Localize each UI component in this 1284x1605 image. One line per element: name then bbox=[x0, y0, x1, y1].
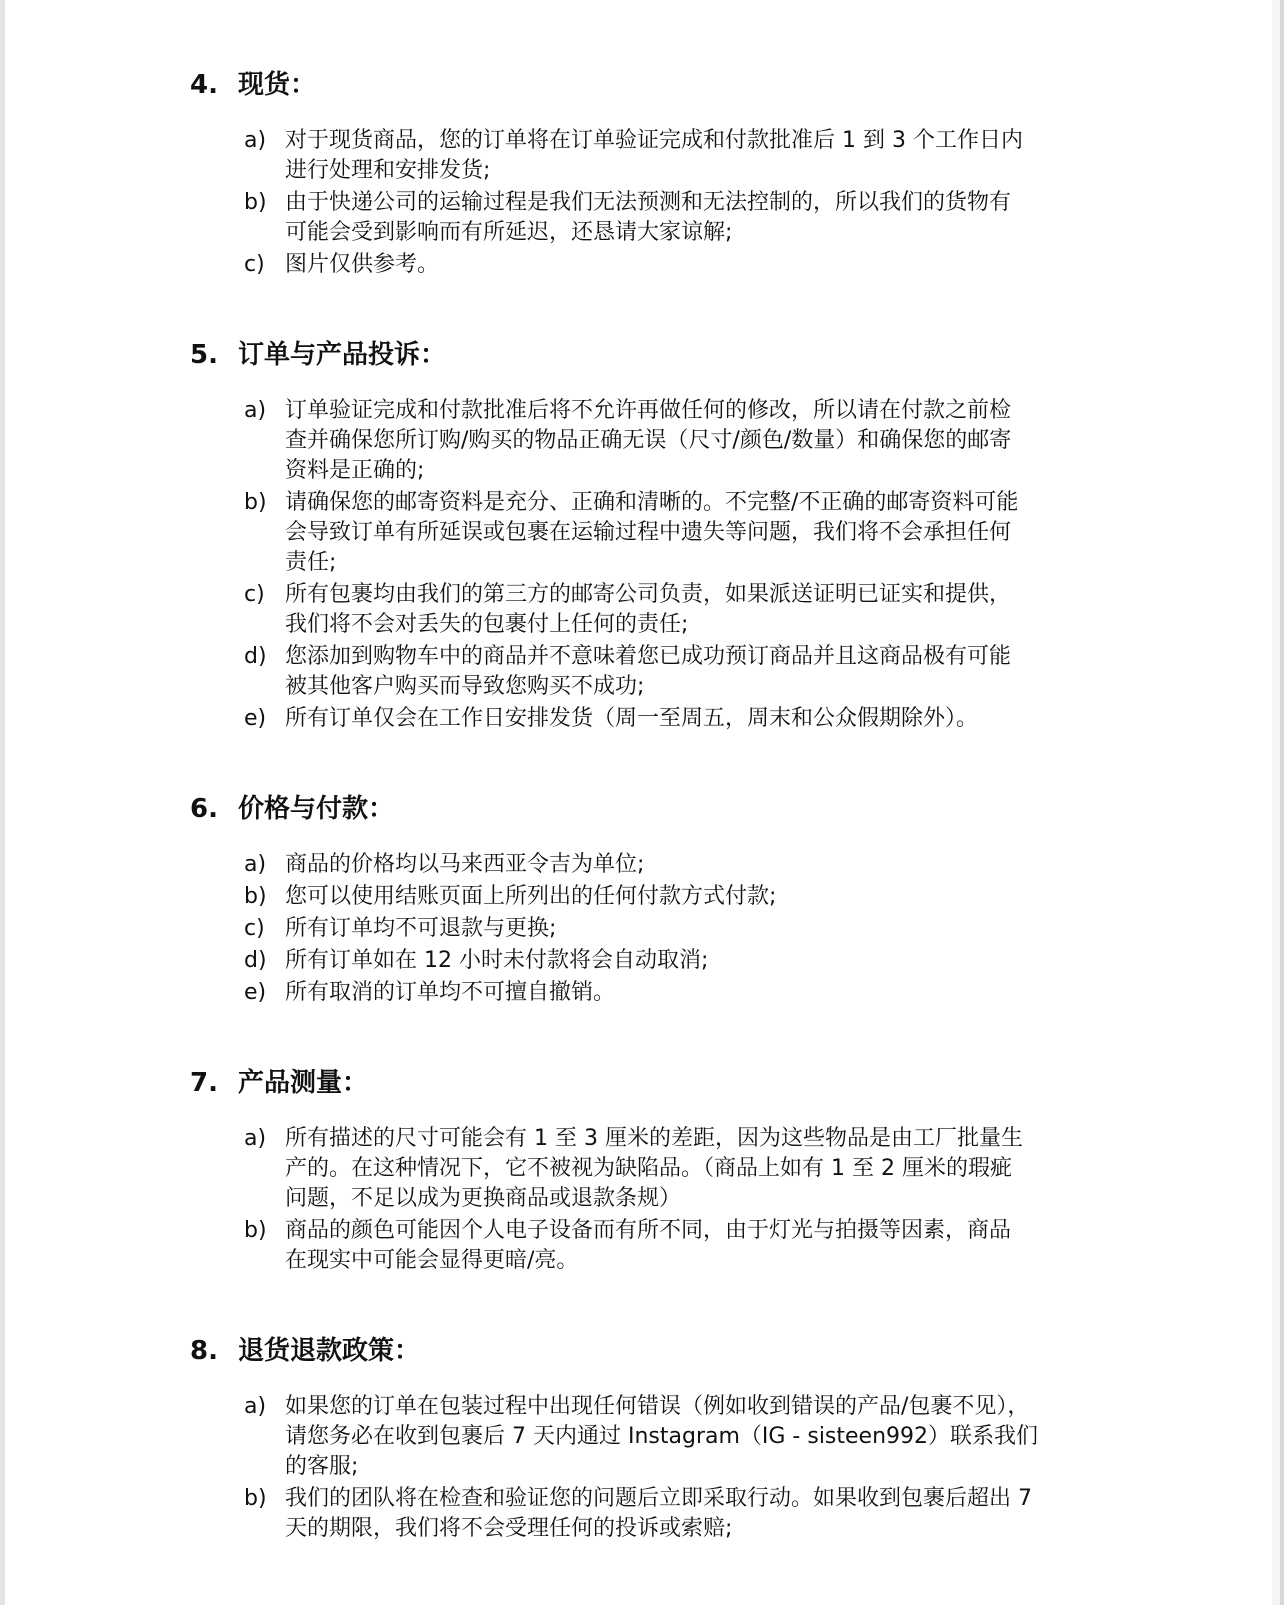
list-item: a) 对于现货商品，您的订单将在订单验证完成和付款批准后 1 到 3 个工作日内… bbox=[244, 126, 1264, 186]
item-text: 图片仅供参考。 bbox=[285, 250, 1085, 280]
section-heading: 4. 现货： bbox=[190, 68, 1264, 102]
list-item: b) 我们的团队将在检查和验证您的问题后立即采取行动。如果收到包裹后超出 7 天… bbox=[244, 1484, 1264, 1544]
item-text: 所有订单均不可退款与更换; bbox=[285, 914, 1085, 944]
section-number: 6. bbox=[190, 792, 238, 826]
item-marker: b) bbox=[244, 488, 285, 578]
item-marker: b) bbox=[244, 1484, 285, 1544]
section-8-return-refund-policy: 8. 退货退款政策： a) 如果您的订单在包装过程中出现任何错误（例如收到错误的… bbox=[190, 1334, 1264, 1544]
section-title: 退货退款政策： bbox=[238, 1334, 420, 1368]
item-marker: c) bbox=[244, 250, 285, 280]
item-text: 商品的价格均以马来西亚令吉为单位; bbox=[285, 850, 1085, 880]
item-text: 所有包裹均由我们的第三方的邮寄公司负责，如果派送证明已证实和提供， 我们将不会对… bbox=[285, 580, 1085, 640]
list-item: a) 如果您的订单在包装过程中出现任何错误（例如收到错误的产品/包裹不见）， 请… bbox=[244, 1392, 1264, 1482]
item-marker: a) bbox=[244, 126, 285, 186]
item-text: 您可以使用结账页面上所列出的任何付款方式付款; bbox=[285, 882, 1085, 912]
item-marker: c) bbox=[244, 914, 285, 944]
item-marker: e) bbox=[244, 704, 285, 734]
item-text: 所有订单如在 12 小时未付款将会自动取消; bbox=[285, 946, 1085, 976]
section-title: 现货： bbox=[238, 68, 316, 102]
section-heading: 6. 价格与付款： bbox=[190, 792, 1264, 826]
list-item: c) 图片仅供参考。 bbox=[244, 250, 1264, 280]
item-marker: a) bbox=[244, 1392, 285, 1482]
list-item: d) 您添加到购物车中的商品并不意味着您已成功预订商品并且这商品极有可能 被其他… bbox=[244, 642, 1264, 702]
item-marker: b) bbox=[244, 188, 285, 248]
section-title: 产品测量： bbox=[238, 1066, 368, 1100]
item-marker: a) bbox=[244, 396, 285, 486]
item-text: 您添加到购物车中的商品并不意味着您已成功预订商品并且这商品极有可能 被其他客户购… bbox=[285, 642, 1085, 702]
item-text: 所有订单仅会在工作日安排发货（周一至周五，周末和公众假期除外）。 bbox=[285, 704, 1085, 734]
item-marker: a) bbox=[244, 1124, 285, 1214]
section-heading: 8. 退货退款政策： bbox=[190, 1334, 1264, 1368]
section-heading: 5. 订单与产品投诉： bbox=[190, 338, 1264, 372]
section-6-price-payment: 6. 价格与付款： a) 商品的价格均以马来西亚令吉为单位; b) 您可以使用结… bbox=[190, 792, 1264, 1008]
item-text: 由于快递公司的运输过程是我们无法预测和无法控制的，所以我们的货物有 可能会受到影… bbox=[285, 188, 1085, 248]
list-item: e) 所有取消的订单均不可擅自撤销。 bbox=[244, 978, 1264, 1008]
item-marker: d) bbox=[244, 946, 285, 976]
item-text: 我们的团队将在检查和验证您的问题后立即采取行动。如果收到包裹后超出 7 天的期限… bbox=[285, 1484, 1085, 1544]
item-marker: a) bbox=[244, 850, 285, 880]
section-number: 8. bbox=[190, 1334, 238, 1368]
section-number: 4. bbox=[190, 68, 238, 102]
item-marker: b) bbox=[244, 882, 285, 912]
list-item: e) 所有订单仅会在工作日安排发货（周一至周五，周末和公众假期除外）。 bbox=[244, 704, 1264, 734]
section-5-order-complaints: 5. 订单与产品投诉： a) 订单验证完成和付款批准后将不允许再做任何的修改，所… bbox=[190, 338, 1264, 734]
item-text: 如果您的订单在包装过程中出现任何错误（例如收到错误的产品/包裹不见）， 请您务必… bbox=[285, 1392, 1085, 1482]
section-title: 订单与产品投诉： bbox=[238, 338, 446, 372]
section-7-product-measurement: 7. 产品测量： a) 所有描述的尺寸可能会有 1 至 3 厘米的差距，因为这些… bbox=[190, 1066, 1264, 1276]
item-text: 请确保您的邮寄资料是充分、正确和清晰的。不完整/不正确的邮寄资料可能 会导致订单… bbox=[285, 488, 1085, 578]
document-page: 4. 现货： a) 对于现货商品，您的订单将在订单验证完成和付款批准后 1 到 … bbox=[0, 0, 1284, 1586]
list-item: b) 请确保您的邮寄资料是充分、正确和清晰的。不完整/不正确的邮寄资料可能 会导… bbox=[244, 488, 1264, 578]
item-marker: c) bbox=[244, 580, 285, 640]
item-text: 所有取消的订单均不可擅自撤销。 bbox=[285, 978, 1085, 1008]
item-text: 对于现货商品，您的订单将在订单验证完成和付款批准后 1 到 3 个工作日内 进行… bbox=[285, 126, 1085, 186]
list-item: b) 您可以使用结账页面上所列出的任何付款方式付款; bbox=[244, 882, 1264, 912]
item-marker: d) bbox=[244, 642, 285, 702]
list-item: a) 订单验证完成和付款批准后将不允许再做任何的修改，所以请在付款之前检 查并确… bbox=[244, 396, 1264, 486]
section-title: 价格与付款： bbox=[238, 792, 394, 826]
list-item: c) 所有包裹均由我们的第三方的邮寄公司负责，如果派送证明已证实和提供， 我们将… bbox=[244, 580, 1264, 640]
item-text: 订单验证完成和付款批准后将不允许再做任何的修改，所以请在付款之前检 查并确保您所… bbox=[285, 396, 1085, 486]
item-text: 商品的颜色可能因个人电子设备而有所不同，由于灯光与拍摄等因素，商品 在现实中可能… bbox=[285, 1216, 1085, 1276]
list-item: d) 所有订单如在 12 小时未付款将会自动取消; bbox=[244, 946, 1264, 976]
item-marker: e) bbox=[244, 978, 285, 1008]
section-number: 7. bbox=[190, 1066, 238, 1100]
item-marker: b) bbox=[244, 1216, 285, 1276]
list-item: a) 所有描述的尺寸可能会有 1 至 3 厘米的差距，因为这些物品是由工厂批量生… bbox=[244, 1124, 1264, 1214]
list-item: a) 商品的价格均以马来西亚令吉为单位; bbox=[244, 850, 1264, 880]
list-item: b) 由于快递公司的运输过程是我们无法预测和无法控制的，所以我们的货物有 可能会… bbox=[244, 188, 1264, 248]
section-number: 5. bbox=[190, 338, 238, 372]
item-text: 所有描述的尺寸可能会有 1 至 3 厘米的差距，因为这些物品是由工厂批量生 产的… bbox=[285, 1124, 1085, 1214]
section-heading: 7. 产品测量： bbox=[190, 1066, 1264, 1100]
list-item: c) 所有订单均不可退款与更换; bbox=[244, 914, 1264, 944]
section-4-in-stock: 4. 现货： a) 对于现货商品，您的订单将在订单验证完成和付款批准后 1 到 … bbox=[190, 68, 1264, 280]
list-item: b) 商品的颜色可能因个人电子设备而有所不同，由于灯光与拍摄等因素，商品 在现实… bbox=[244, 1216, 1264, 1276]
